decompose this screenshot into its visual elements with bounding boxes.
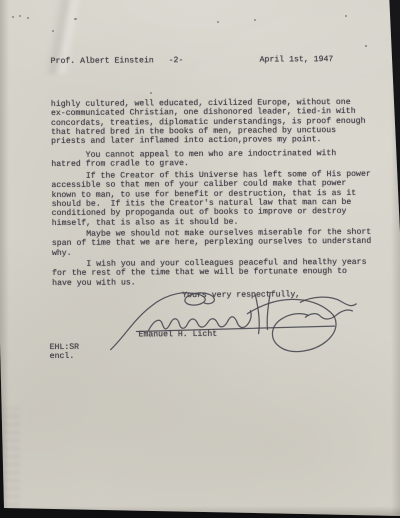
page-number: -2-: [169, 56, 184, 65]
recipient-name: Prof. Albert Einstein: [51, 56, 154, 66]
letter-paragraph: Maybe we should not make ourselves miser…: [52, 228, 372, 258]
scanned-letter-page: Prof. Albert Einstein -2- April 1st, 194…: [0, 0, 400, 518]
signature-typed-name: Emanuel H. Licht: [138, 330, 217, 340]
letter-paragraph: highly cultured, well educated, civilize…: [51, 98, 366, 147]
letter-date: April 1st, 1947: [260, 55, 334, 65]
handwritten-signature: [95, 287, 366, 364]
letter-paragraph: If the Creator of this Universe has left…: [51, 170, 371, 228]
letter-paragraph: I wish you and your colleagues peaceful …: [52, 258, 367, 288]
letter-content: Prof. Albert Einstein -2- April 1st, 194…: [0, 0, 400, 518]
letter-paragraph: You cannot appeal to men who are indoctr…: [51, 149, 336, 170]
letter-paper: Prof. Albert Einstein -2- April 1st, 194…: [0, 0, 400, 518]
enclosure-note: encl.: [50, 351, 75, 361]
